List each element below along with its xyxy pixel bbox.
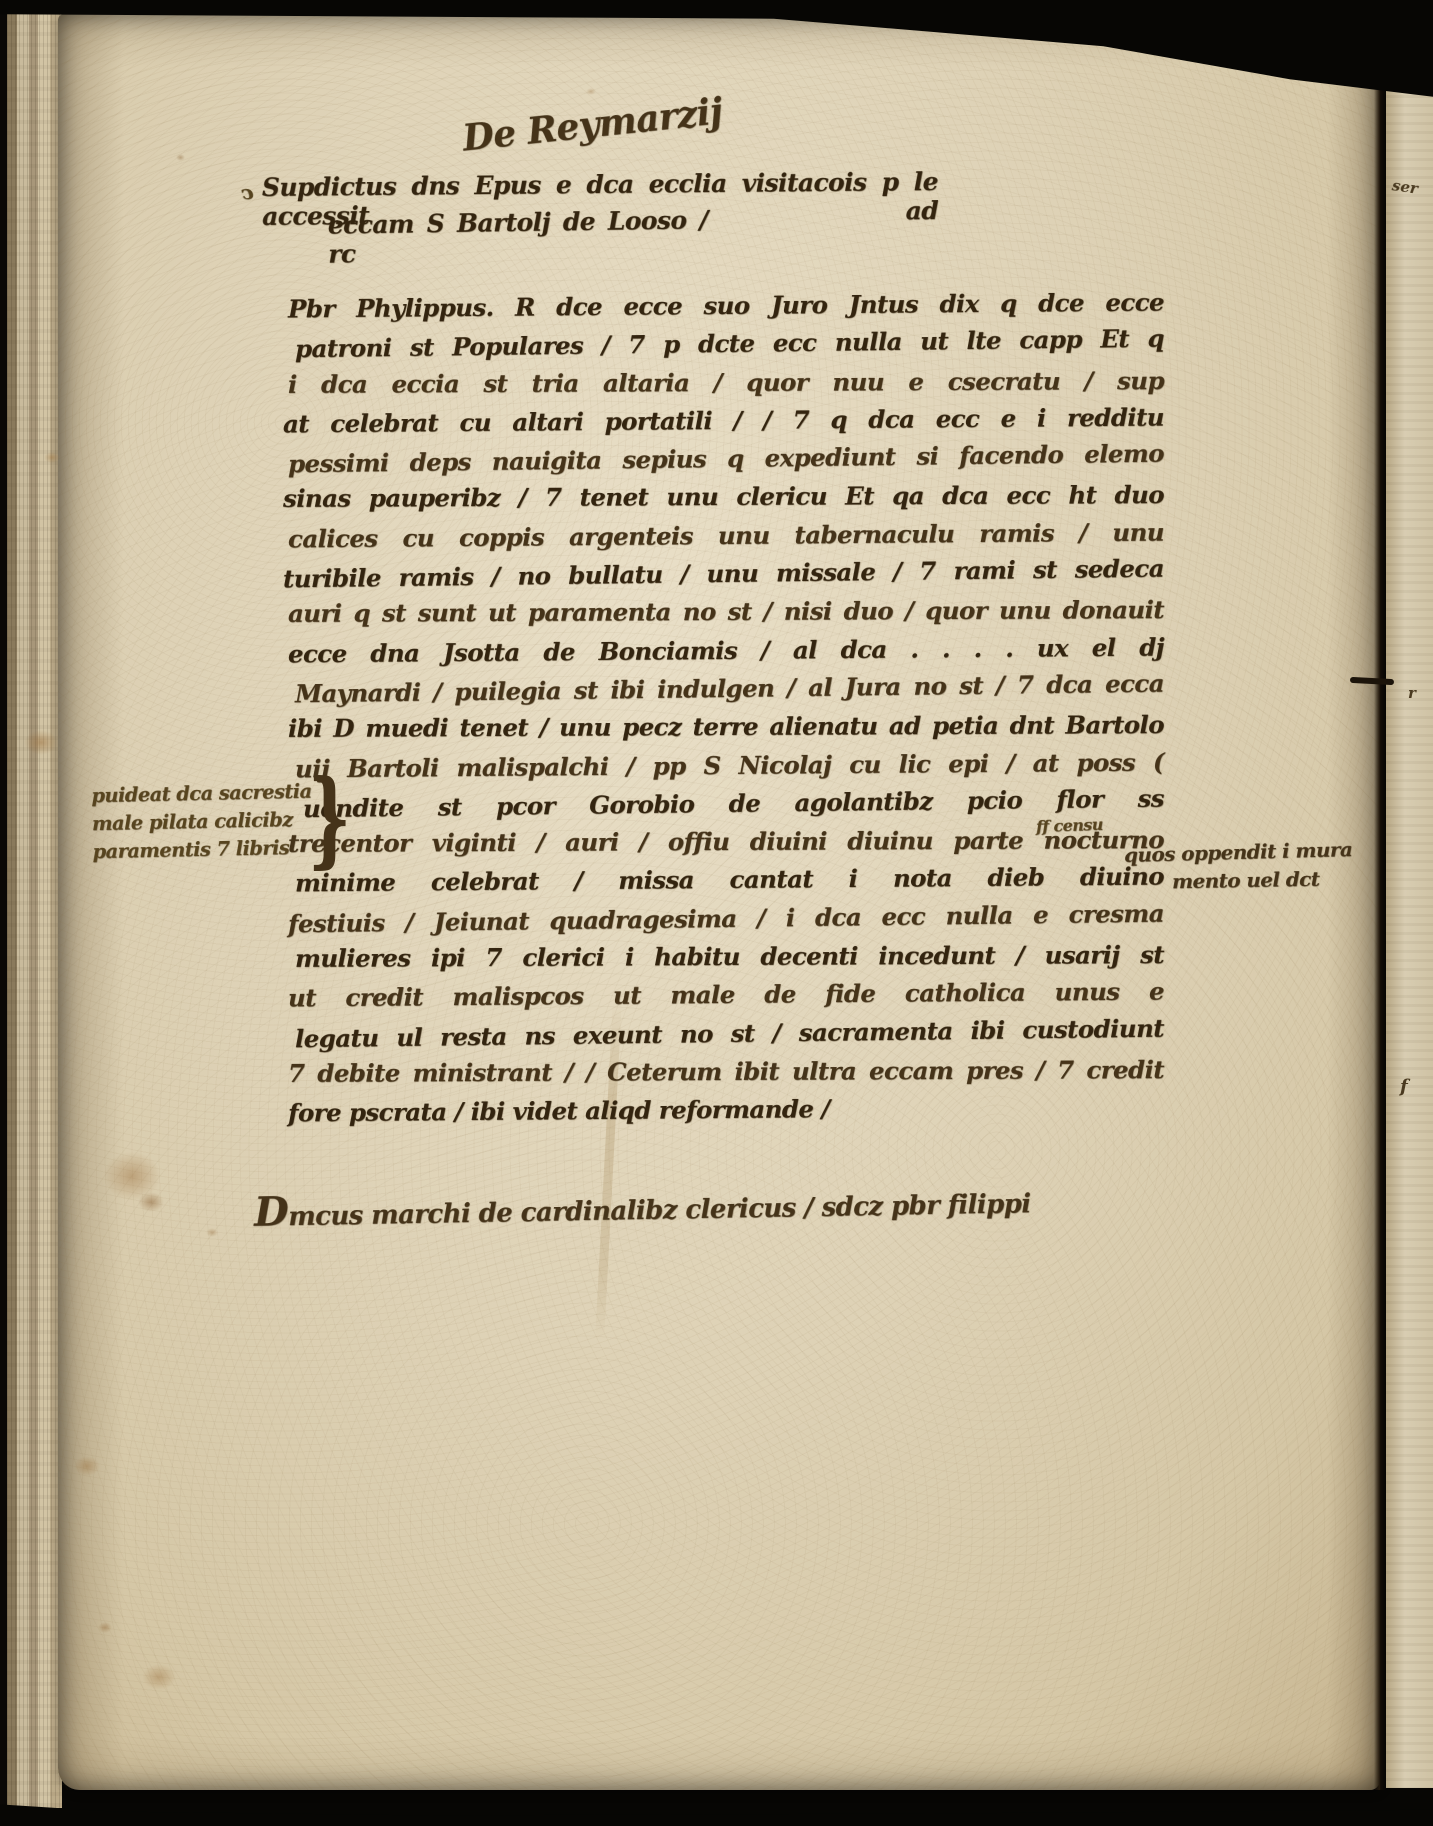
body-line: auri q st sunt ut paramenta no st / nisi… [288,595,1164,637]
body-line: sinas pauperibz / 7 tenet unu clericu Et… [283,481,1164,523]
body-line: ibi D muedi tenet / unu pecz terre alien… [288,710,1164,752]
page-stack-texture [7,10,62,1808]
body-line: trecentor viginti / auri / offiu diuini … [288,825,1164,867]
marginal-note: puideat dca sacrestia male pilata calici… [91,780,305,868]
margin-overflow-line: mento uel dct [1172,867,1320,894]
body-line: mulieres ipi 7 clerici i habitu decenti … [288,940,1164,982]
interlinear-insertion: ff censu [1036,815,1103,836]
adjacent-page-text-fragment: f [1400,1076,1408,1097]
adjacent-page-texture [1386,86,1433,1788]
manuscript-scan: De Reymarzij c Supdictus dns Epus e dca … [0,0,1433,1826]
adjacent-page-text-fragment: r [1408,684,1416,702]
paragraph-mark: c [241,180,254,205]
marginal-note-line: male pilata calicibz [92,808,305,840]
body-line: fore pscrata / ibi videt aliqd reformand… [288,1092,1164,1137]
body-line: 7 debite ministrant / / Ceterum ibit ult… [288,1055,1164,1097]
body-line: i dca eccia st tria altaria / quor nuu e… [288,366,1164,408]
marginal-note-line: puideat dca sacrestia [91,780,304,812]
body-text-block: Pbr Phylippus. R dce ecce suo Juro Jntus… [288,291,1164,1134]
marginal-note-line: paramentis 7 libris [92,836,305,868]
book-page-stack-left [0,0,62,1826]
page-fold-gutter [1374,14,1386,1790]
adjacent-page-text-fragment: ser [1391,176,1419,197]
heading-line: eccam S Bartolj de Looso / rc [328,205,709,268]
marginal-note-brace: } [308,768,351,868]
